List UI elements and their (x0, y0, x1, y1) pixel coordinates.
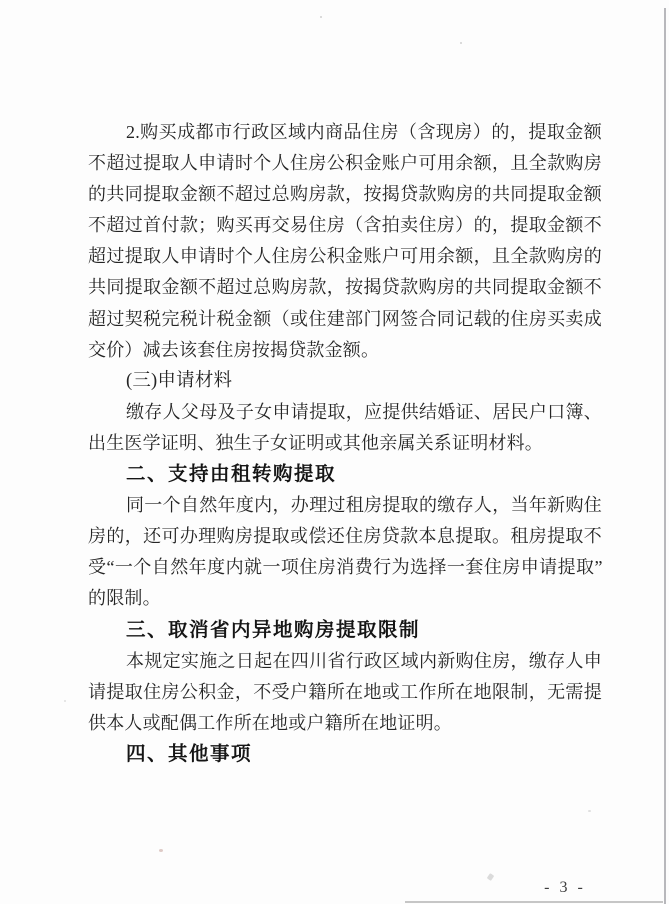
text-line: 2.购买成都市行政区域内商品住房（含现房）的，提取金额 (88, 117, 602, 148)
text-line: 共同提取金额不超过总购房款，按揭贷款购房的共同提取金额不 (88, 272, 602, 303)
sub-heading: (三)申请材料 (88, 366, 602, 397)
text-line: 交价）减去该套住房按揭贷款金额。 (88, 335, 602, 366)
text-line: 超过提取人申请时个人住房公积金账户可用余额，且全款购房的 (88, 241, 602, 272)
text-line: 超过契税完税计税金额（或住建部门网签合同记载的住房买卖成 (88, 304, 602, 335)
section-heading: 三、取消省内异地购房提取限制 (88, 615, 602, 646)
text-line: 缴存人父母及子女申请提取，应提供结婚证、居民户口簿、 (88, 397, 602, 428)
text-line: 的共同提取金额不超过总购房款，按揭贷款购房的共同提取金额 (88, 179, 602, 210)
text-line: 请提取住房公积金，不受户籍所在地或工作所在地限制，无需提 (88, 677, 602, 708)
text-line: 二、支持由租转购提取 (88, 459, 602, 490)
paragraph: 本规定实施之日起在四川省行政区域内新购住房，缴存人申请提取住房公积金，不受户籍所… (88, 646, 602, 739)
document-body: 2.购买成都市行政区域内商品住房（含现房）的，提取金额不超过提取人申请时个人住房… (88, 117, 602, 770)
scan-speckle (159, 849, 163, 852)
scan-speckle (460, 42, 462, 44)
section-heading: 二、支持由租转购提取 (88, 459, 602, 490)
scanned-document-page: { "colors":{ "text":"#242424", "heading"… (0, 0, 669, 904)
text-line: 四、其他事项 (88, 739, 602, 770)
text-line: 不超过首付款；购买再交易住房（含拍卖住房）的，提取金额不 (88, 210, 602, 241)
paragraph: 缴存人父母及子女申请提取，应提供结婚证、居民户口簿、出生医学证明、独生子女证明或… (88, 397, 602, 459)
section-heading: 四、其他事项 (88, 739, 602, 770)
text-line: 三、取消省内异地购房提取限制 (88, 615, 602, 646)
text-line: 同一个自然年度内，办理过租房提取的缴存人，当年新购住 (88, 490, 602, 521)
text-line: 本规定实施之日起在四川省行政区域内新购住房，缴存人申 (88, 646, 602, 677)
text-line: 房的，还可办理购房提取或偿还住房贷款本息提取。租房提取不 (88, 521, 602, 552)
paragraph: 2.购买成都市行政区域内商品住房（含现房）的，提取金额不超过提取人申请时个人住房… (88, 117, 602, 366)
scan-speckle (320, 16, 322, 18)
scan-speckle (487, 873, 495, 881)
text-line: (三)申请材料 (88, 366, 602, 397)
scan-edge-bottom (405, 901, 663, 903)
scan-speckle (64, 700, 66, 702)
text-line: 出生医学证明、独生子女证明或其他亲属关系证明材料。 (88, 428, 602, 459)
scan-speckle (588, 810, 591, 812)
text-line: 的限制。 (88, 583, 602, 614)
scan-edge-right (664, 8, 666, 904)
text-line: 供本人或配偶工作所在地或户籍所在地证明。 (88, 708, 602, 739)
paragraph: 同一个自然年度内，办理过租房提取的缴存人，当年新购住房的，还可办理购房提取或偿还… (88, 490, 602, 614)
text-line: 受“一个自然年度内就一项住房消费行为选择一套住房申请提取” (88, 552, 602, 583)
page-number: - 3 - (524, 879, 606, 897)
text-line: 不超过提取人申请时个人住房公积金账户可用余额，且全款购房 (88, 148, 602, 179)
